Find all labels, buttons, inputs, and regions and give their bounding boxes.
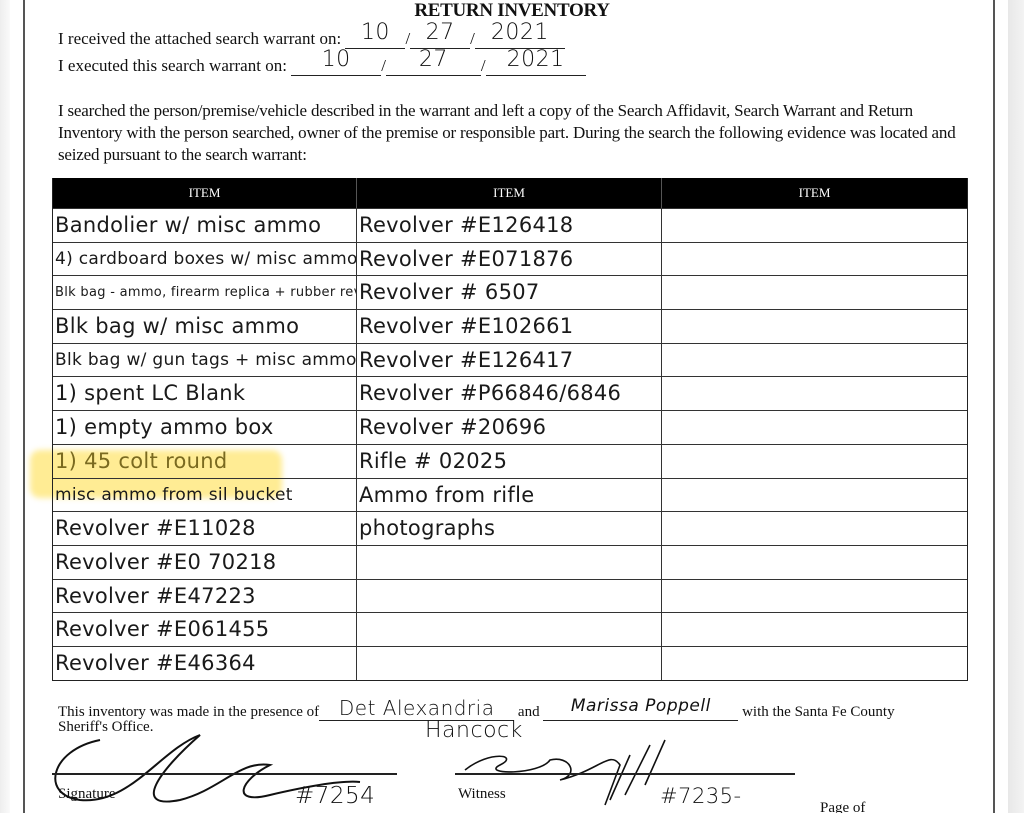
table-cell[interactable]: Revolver # 6507 bbox=[357, 276, 662, 309]
page-edge-left bbox=[0, 0, 10, 813]
signature-label: Signature bbox=[58, 786, 116, 803]
table-cell[interactable]: Ammo from rifle bbox=[357, 479, 662, 512]
table-cell[interactable]: Revolver #E071876 bbox=[357, 243, 662, 276]
table-header: ITEM ITEM ITEM bbox=[53, 178, 967, 208]
table-cell[interactable]: misc ammo from sil bucket bbox=[53, 479, 357, 512]
executed-line: I executed this search warrant on: 10/27… bbox=[58, 53, 586, 76]
presence-prefix: This inventory was made in the presence … bbox=[58, 704, 319, 720]
table-row: misc ammo from sil bucket Ammo from rifl… bbox=[53, 478, 967, 512]
witness-badge-number: #7235- bbox=[660, 784, 742, 808]
table-cell[interactable]: Revolver #E46364 bbox=[53, 647, 357, 680]
received-label: I received the attached search warrant o… bbox=[58, 29, 341, 48]
received-month-field[interactable]: 10 bbox=[345, 26, 405, 49]
table-cell[interactable]: Bandolier w/ misc ammo bbox=[53, 209, 357, 242]
table-row: Revolver #E47223 bbox=[53, 579, 967, 613]
table-cell[interactable] bbox=[662, 411, 967, 444]
table-cell[interactable] bbox=[662, 243, 967, 276]
table-cell[interactable]: Revolver #E126417 bbox=[357, 344, 662, 377]
table-row: Blk bag w/ misc ammo Revolver #E102661 bbox=[53, 309, 967, 343]
table-cell[interactable] bbox=[357, 613, 662, 646]
table-cell[interactable]: Revolver #20696 bbox=[357, 411, 662, 444]
table-cell[interactable] bbox=[662, 209, 967, 242]
executed-month-field[interactable]: 10 bbox=[291, 53, 381, 76]
table-cell[interactable]: Revolver #E061455 bbox=[53, 613, 357, 646]
column-header: ITEM bbox=[662, 178, 967, 208]
page-border-right bbox=[993, 0, 995, 813]
executed-label: I executed this search warrant on: bbox=[58, 56, 287, 75]
table-cell[interactable]: Rifle # 02025 bbox=[357, 445, 662, 478]
column-header: ITEM bbox=[53, 178, 357, 208]
page-number: Page of bbox=[820, 800, 865, 813]
table-row: Revolver #E46364 bbox=[53, 646, 967, 680]
table-row: Revolver #E061455 bbox=[53, 612, 967, 646]
signature-badge-number: #7254 bbox=[295, 783, 375, 809]
received-year-field[interactable]: 2021 bbox=[475, 26, 565, 49]
table-row-highlighted: 1) 45 colt round Rifle # 02025 bbox=[53, 444, 967, 478]
table-row: Blk bag w/ gun tags + misc ammo Revolver… bbox=[53, 343, 967, 377]
page-edge-right bbox=[1008, 0, 1024, 813]
table-cell[interactable]: Blk bag - ammo, firearm replica + rubber… bbox=[53, 276, 357, 309]
page-border-left bbox=[23, 0, 25, 813]
table-cell[interactable] bbox=[662, 276, 967, 309]
document-title: RETURN INVENTORY bbox=[0, 0, 1024, 22]
table-cell[interactable]: Revolver #E47223 bbox=[53, 580, 357, 613]
received-day-field[interactable]: 27 bbox=[410, 26, 470, 49]
column-header: ITEM bbox=[357, 178, 662, 208]
search-statement: I searched the person/premise/vehicle de… bbox=[58, 100, 958, 166]
table-cell[interactable]: Revolver #E0 70218 bbox=[53, 546, 357, 579]
table-cell[interactable]: 1) spent LC Blank bbox=[53, 377, 357, 410]
table-cell-highlighted[interactable]: 1) 45 colt round bbox=[53, 445, 357, 478]
table-cell[interactable] bbox=[662, 580, 967, 613]
table-cell[interactable] bbox=[662, 479, 967, 512]
received-line: I received the attached search warrant o… bbox=[58, 26, 565, 49]
table-cell[interactable] bbox=[357, 580, 662, 613]
table-row: Bandolier w/ misc ammo Revolver #E126418 bbox=[53, 208, 967, 242]
inventory-table: ITEM ITEM ITEM Bandolier w/ misc ammo Re… bbox=[52, 178, 968, 681]
table-cell[interactable] bbox=[662, 647, 967, 680]
table-cell[interactable]: Blk bag w/ gun tags + misc ammo bbox=[53, 344, 357, 377]
table-cell[interactable] bbox=[662, 310, 967, 343]
executed-year-field[interactable]: 2021 bbox=[486, 53, 586, 76]
table-cell[interactable] bbox=[357, 546, 662, 579]
table-cell[interactable]: Revolver #P66846/6846 bbox=[357, 377, 662, 410]
table-cell[interactable] bbox=[662, 445, 967, 478]
table-cell[interactable]: 4) cardboard boxes w/ misc ammo bbox=[53, 243, 357, 276]
table-row: 4) cardboard boxes w/ misc ammo Revolver… bbox=[53, 242, 967, 276]
table-cell[interactable] bbox=[662, 613, 967, 646]
signature-line bbox=[52, 773, 397, 775]
table-row: Revolver #E11028 photographs bbox=[53, 511, 967, 545]
table-cell[interactable]: Revolver #E126418 bbox=[357, 209, 662, 242]
table-cell[interactable] bbox=[662, 512, 967, 545]
table-row: 1) spent LC Blank Revolver #P66846/6846 bbox=[53, 376, 967, 410]
table-cell[interactable]: photographs bbox=[357, 512, 662, 545]
table-cell[interactable] bbox=[662, 377, 967, 410]
presence-suffix: with the Santa Fe County bbox=[742, 704, 895, 720]
table-cell[interactable] bbox=[357, 647, 662, 680]
table-cell[interactable]: Revolver #E11028 bbox=[53, 512, 357, 545]
witness-label: Witness bbox=[458, 786, 506, 803]
table-row: Blk bag - ammo, firearm replica + rubber… bbox=[53, 275, 967, 309]
table-cell[interactable]: 1) empty ammo box bbox=[53, 411, 357, 444]
executed-day-field[interactable]: 27 bbox=[386, 53, 481, 76]
table-cell[interactable]: Revolver #E102661 bbox=[357, 310, 662, 343]
table-cell[interactable] bbox=[662, 546, 967, 579]
table-row: Revolver #E0 70218 bbox=[53, 545, 967, 579]
table-cell[interactable]: Blk bag w/ misc ammo bbox=[53, 310, 357, 343]
table-row: 1) empty ammo box Revolver #20696 bbox=[53, 410, 967, 444]
witness-line bbox=[455, 773, 795, 775]
witness2-field[interactable]: Marissa Poppell bbox=[543, 700, 738, 721]
table-cell[interactable] bbox=[662, 344, 967, 377]
